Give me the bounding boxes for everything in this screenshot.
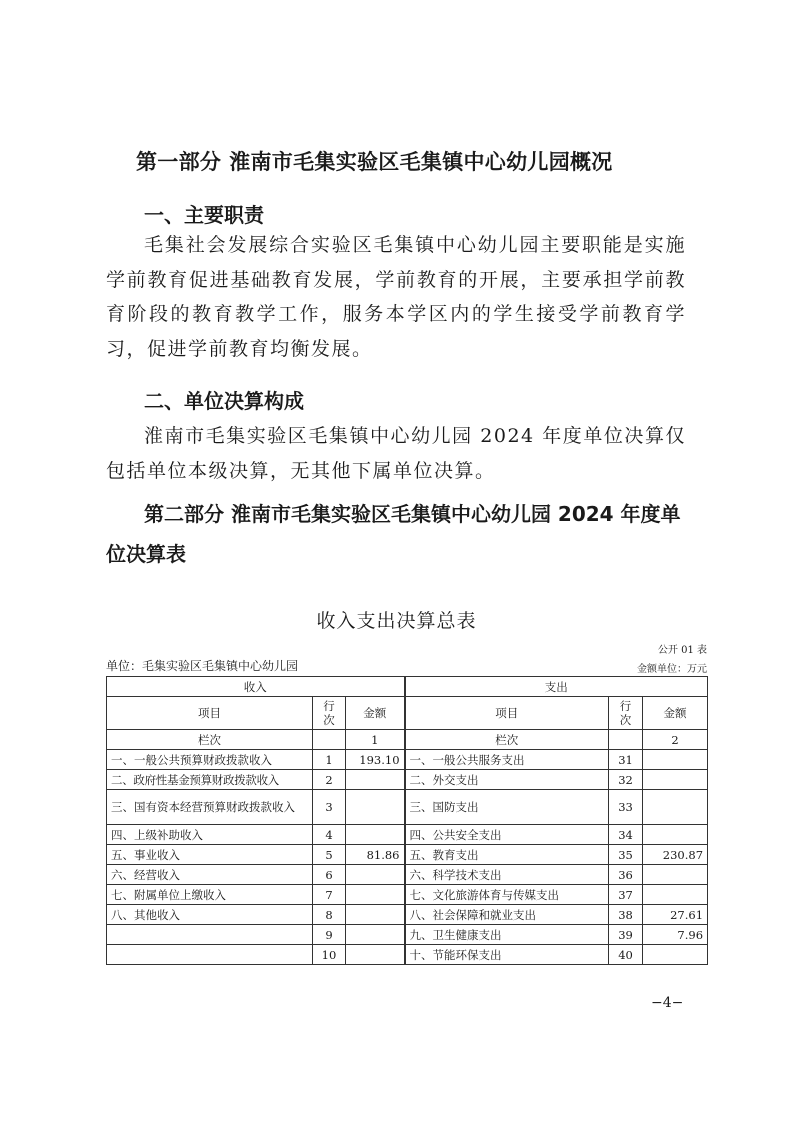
expense-amount — [643, 945, 708, 965]
income-amount — [346, 825, 405, 845]
income-amount — [346, 865, 405, 885]
income-amount — [346, 905, 405, 925]
expense-item: 四、公共安全支出 — [405, 825, 609, 845]
income-row-no: 10 — [313, 945, 346, 965]
table-title: 收入支出决算总表 — [0, 606, 793, 633]
expense-row-no: 34 — [609, 825, 643, 845]
income-row-no: 3 — [313, 790, 346, 825]
income-lanci: 栏次 — [107, 730, 313, 750]
expense-lanci: 栏次 — [405, 730, 609, 750]
section1-heading: 一、主要职责 — [144, 199, 264, 228]
income-amount — [346, 770, 405, 790]
page-number: −4− — [651, 995, 683, 1011]
income-item: 二、政府性基金预算财政拨款收入 — [107, 770, 313, 790]
income-row-no: 6 — [313, 865, 346, 885]
income-item — [107, 925, 313, 945]
section2-body: 淮南市毛集实验区毛集镇中心幼儿园 2024 年度单位决算仅包括单位本级决算，无其… — [106, 419, 686, 488]
expense-item: 七、文化旅游体育与传媒支出 — [405, 885, 609, 905]
income-item: 八、其他收入 — [107, 905, 313, 925]
table-column-number-row: 栏次 1 栏次 2 — [107, 730, 708, 750]
expense-row-no: 39 — [609, 925, 643, 945]
table-row: 五、事业收入 5 81.86 五、教育支出 35 230.87 — [107, 845, 708, 865]
expense-row-no: 37 — [609, 885, 643, 905]
table-column-header: 项目 行次 金额 项目 行次 金额 — [107, 697, 708, 730]
expense-header: 支出 — [405, 677, 708, 697]
income-item: 五、事业收入 — [107, 845, 313, 865]
table-currency-unit: 金额单位：万元 — [637, 660, 707, 675]
expense-amount — [643, 825, 708, 845]
expense-row-no-header: 行次 — [609, 697, 643, 730]
expense-item-header: 项目 — [405, 697, 609, 730]
section2-heading: 二、单位决算构成 — [144, 385, 304, 414]
expense-amount-header: 金额 — [643, 697, 708, 730]
part1-title: 第一部分淮南市毛集实验区毛集镇中心幼儿园概况 — [136, 146, 613, 176]
income-col-no: 1 — [346, 730, 405, 750]
income-expense-table: 收入 支出 项目 行次 金额 项目 行次 金额 栏次 1 栏次 2 一、一般公共… — [106, 676, 708, 965]
expense-item: 九、卫生健康支出 — [405, 925, 609, 945]
expense-amount: 230.87 — [643, 845, 708, 865]
income-row-no: 9 — [313, 925, 346, 945]
table-row: 六、经营收入 6 六、科学技术支出 36 — [107, 865, 708, 885]
table-row: 四、上级补助收入 4 四、公共安全支出 34 — [107, 825, 708, 845]
expense-item: 六、科学技术支出 — [405, 865, 609, 885]
expense-amount — [643, 750, 708, 770]
income-amount — [346, 885, 405, 905]
table-code: 公开 01 表 — [658, 641, 707, 656]
expense-item: 三、国防支出 — [405, 790, 609, 825]
income-item-header: 项目 — [107, 697, 313, 730]
expense-amount: 27.61 — [643, 905, 708, 925]
income-row-no: 8 — [313, 905, 346, 925]
income-item: 三、国有资本经营预算财政拨款收入 — [107, 790, 313, 825]
expense-item: 八、社会保障和就业支出 — [405, 905, 609, 925]
expense-item: 二、外交支出 — [405, 770, 609, 790]
income-row-no: 7 — [313, 885, 346, 905]
income-amount — [346, 945, 405, 965]
expense-amount: 7.96 — [643, 925, 708, 945]
table-row: 二、政府性基金预算财政拨款收入 2 二、外交支出 32 — [107, 770, 708, 790]
income-item: 四、上级补助收入 — [107, 825, 313, 845]
expense-row-no: 31 — [609, 750, 643, 770]
part1-label: 第一部分 — [136, 150, 221, 174]
income-amount-header: 金额 — [346, 697, 405, 730]
income-item: 六、经营收入 — [107, 865, 313, 885]
part2-title: 第二部分 淮南市毛集实验区毛集镇中心幼儿园 2024 年度单位决算表 — [106, 494, 696, 574]
expense-row-no: 35 — [609, 845, 643, 865]
section1-body: 毛集社会发展综合实验区毛集镇中心幼儿园主要职能是实施学前教育促进基础教育发展，学… — [106, 228, 686, 366]
table-row: 10 十、节能环保支出 40 — [107, 945, 708, 965]
income-header: 收入 — [107, 677, 405, 697]
table-unit-org: 单位：毛集实验区毛集镇中心幼儿园 — [106, 657, 298, 674]
table-group-header: 收入 支出 — [107, 677, 708, 697]
expense-item: 一、一般公共服务支出 — [405, 750, 609, 770]
income-amount: 81.86 — [346, 845, 405, 865]
expense-row-no: 40 — [609, 945, 643, 965]
table-row: 9 九、卫生健康支出 39 7.96 — [107, 925, 708, 945]
expense-row-no: 32 — [609, 770, 643, 790]
income-row-no: 1 — [313, 750, 346, 770]
income-amount — [346, 925, 405, 945]
income-item: 七、附属单位上缴收入 — [107, 885, 313, 905]
income-amount: 193.10 — [346, 750, 405, 770]
income-row-no: 5 — [313, 845, 346, 865]
income-item: 一、一般公共预算财政拨款收入 — [107, 750, 313, 770]
expense-row-no: 33 — [609, 790, 643, 825]
expense-col-no: 2 — [643, 730, 708, 750]
income-row-no: 4 — [313, 825, 346, 845]
expense-amount — [643, 770, 708, 790]
part1-heading-text: 淮南市毛集实验区毛集镇中心幼儿园概况 — [229, 150, 612, 174]
expense-item: 五、教育支出 — [405, 845, 609, 865]
income-row-no-header: 行次 — [313, 697, 346, 730]
income-item — [107, 945, 313, 965]
expense-amount — [643, 865, 708, 885]
table-row: 三、国有资本经营预算财政拨款收入 3 三、国防支出 33 — [107, 790, 708, 825]
expense-amount — [643, 885, 708, 905]
expense-item: 十、节能环保支出 — [405, 945, 609, 965]
expense-amount — [643, 790, 708, 825]
income-amount — [346, 790, 405, 825]
income-row-no: 2 — [313, 770, 346, 790]
table-row: 八、其他收入 8 八、社会保障和就业支出 38 27.61 — [107, 905, 708, 925]
expense-row-no: 38 — [609, 905, 643, 925]
table-row: 七、附属单位上缴收入 7 七、文化旅游体育与传媒支出 37 — [107, 885, 708, 905]
table-row: 一、一般公共预算财政拨款收入 1 193.10 一、一般公共服务支出 31 — [107, 750, 708, 770]
document-page: 第一部分淮南市毛集实验区毛集镇中心幼儿园概况 一、主要职责 毛集社会发展综合实验… — [0, 0, 793, 1122]
expense-row-no: 36 — [609, 865, 643, 885]
